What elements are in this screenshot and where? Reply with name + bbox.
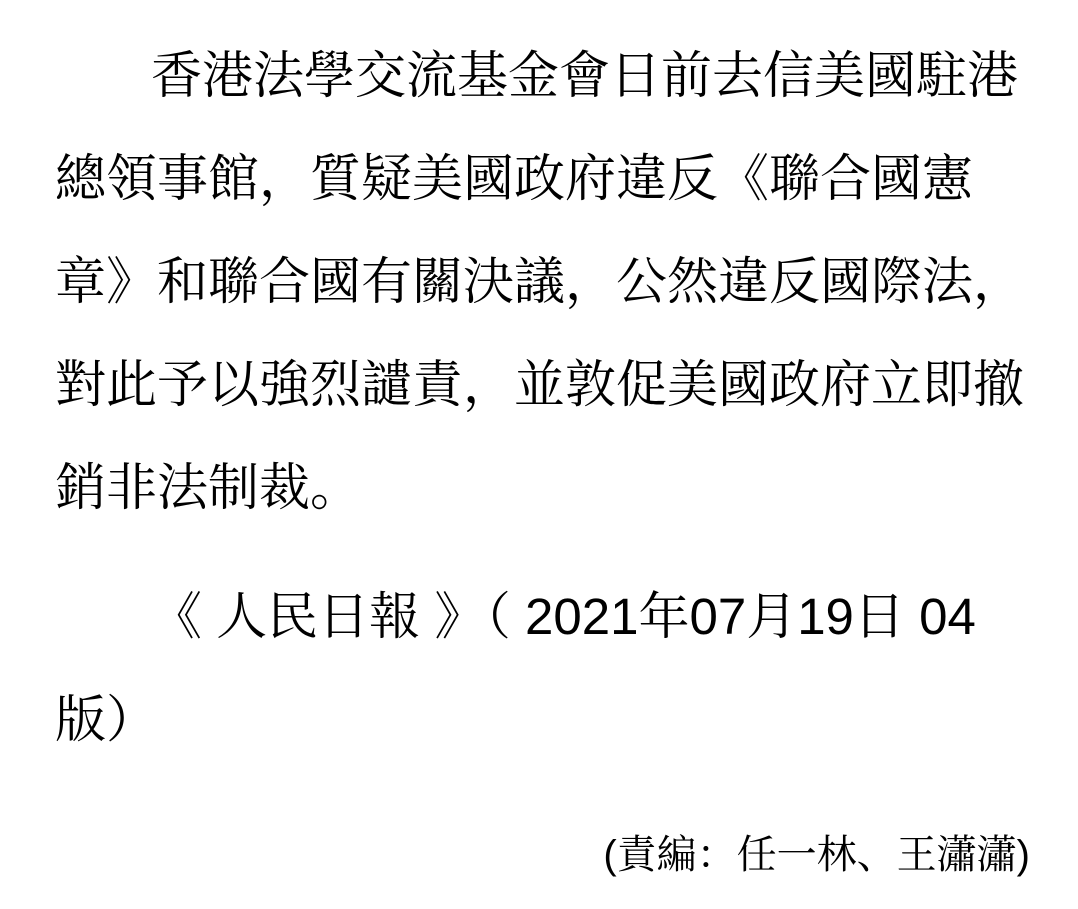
article-body: 香港法學交流基金會日前去信美國駐港 總領事館，質疑美國政府違反《聯合國憲 章》和…: [0, 0, 1078, 883]
source-line: 版）: [55, 668, 1030, 771]
article-line: 銷非法制裁。: [55, 436, 1030, 539]
source-line: 《 人民日報 》（ 2021年07月19日 04: [55, 565, 1030, 668]
article-line: 總領事館，質疑美國政府違反《聯合國憲: [55, 127, 1030, 230]
article-line: 對此予以強烈譴責，並敦促美國政府立即撤: [55, 333, 1030, 436]
article-line: 香港法學交流基金會日前去信美國駐港: [55, 24, 1030, 127]
article-paragraph: 香港法學交流基金會日前去信美國駐港 總領事館，質疑美國政府違反《聯合國憲 章》和…: [55, 24, 1030, 539]
editor-credit: (責編：任一林、王瀟瀟): [55, 827, 1030, 883]
article-line: 章》和聯合國有關決議，公然違反國際法，: [55, 230, 1030, 333]
source-citation: 《 人民日報 》（ 2021年07月19日 04 版）: [55, 565, 1030, 771]
